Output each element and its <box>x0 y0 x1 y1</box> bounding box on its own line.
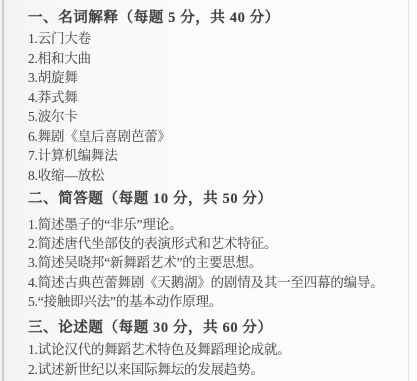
question-item: 7.计算机编舞法 <box>28 146 410 166</box>
question-item: 1.简述墨子的“非乐”理论。 <box>28 215 410 234</box>
question-item: 2.试述新世纪以来国际舞坛的发展趋势。 <box>28 360 410 380</box>
question-item: 3.胡旋舞 <box>28 68 410 88</box>
scan-left-edge-line <box>2 0 4 381</box>
question-item: 5.波尔卡 <box>28 107 410 127</box>
scanned-exam-page: 一、名词解释（每题 5 分，共 40 分） 1.云门大卷 2.相和大曲 3.胡旋… <box>0 0 417 381</box>
section-2-heading: 二、简答题（每题 10 分，共 50 分） <box>28 189 410 210</box>
section-term-definitions: 一、名词解释（每题 5 分，共 40 分） 1.云门大卷 2.相和大曲 3.胡旋… <box>28 8 410 185</box>
section-3-heading: 三、论述题（每题 30 分，共 60 分） <box>28 318 410 339</box>
section-essays: 三、论述题（每题 30 分，共 60 分） 1.试论汉代的舞蹈艺术特色及舞蹈理论… <box>28 318 410 379</box>
question-item: 4.简述古典芭蕾舞剧《天鹅湖》的剧情及其一至四幕的编导。 <box>28 273 410 292</box>
question-item: 3.简述吴晓邦“新舞蹈艺术”的主要思想。 <box>28 253 410 272</box>
question-item: 4.莽式舞 <box>28 88 410 108</box>
question-item: 5.“接触即兴法”的基本动作原理。 <box>28 292 410 311</box>
question-item: 1.试论汉代的舞蹈艺术特色及舞蹈理论成就。 <box>28 340 410 360</box>
section-short-answers: 二、简答题（每题 10 分，共 50 分） 1.简述墨子的“非乐”理论。 2.简… <box>28 189 410 311</box>
question-item: 1.云门大卷 <box>28 29 410 49</box>
question-item: 8.收缩—放松 <box>28 166 410 186</box>
section-1-heading: 一、名词解释（每题 5 分，共 40 分） <box>28 8 410 29</box>
question-item: 2.简述唐代坐部伎的表演形式和艺术特征。 <box>28 234 410 253</box>
question-item: 2.相和大曲 <box>28 49 410 69</box>
question-item: 6.舞剧《皇后喜剧芭蕾》 <box>28 127 410 147</box>
exam-content: 一、名词解释（每题 5 分，共 40 分） 1.云门大卷 2.相和大曲 3.胡旋… <box>28 8 410 379</box>
